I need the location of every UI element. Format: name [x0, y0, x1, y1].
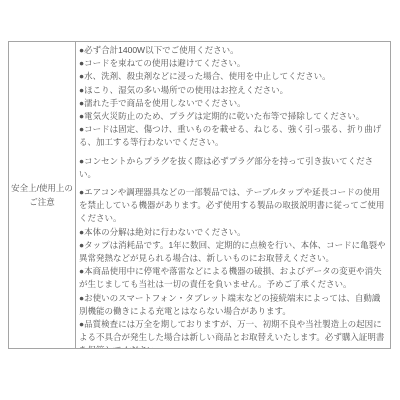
- note-item: ●コードは固定、傷つけ、重いものを載せる、ねじる、強く引っ張る、折り曲げる、加工…: [79, 123, 387, 149]
- note-item: ●ほこり、湿気の多い場所での使用はお控えください。: [79, 84, 387, 97]
- note-item: ●電気火災防止のため、プラグは定期的に乾いた布等で掃除してください。: [79, 110, 387, 123]
- note-item: ●必ず合計1400W以下でご使用ください。: [79, 44, 387, 57]
- note-item: ●コードを束ねての使用は避けてください。: [79, 57, 387, 70]
- safety-notice-table: 安全上/使用上のご注意 ●必ず合計1400W以下でご使用ください。 ●コードを束…: [8, 41, 391, 349]
- page: { "table": { "border_color": "#a5a5a5", …: [0, 0, 400, 400]
- note-item: ●本体の分解は絶対に行わないでください。: [79, 226, 387, 239]
- notice-label: 安全上/使用上のご注意: [11, 181, 73, 209]
- note-item: ●品質検査には万全を期しておりますが、万一、初期不良や当社製造上の起因による不具…: [79, 318, 387, 348]
- notice-label-cell: 安全上/使用上のご注意: [9, 42, 76, 348]
- note-item: ●エアコンや調理器具などの一部製品では、テーブルタップや延長コードの使用を禁止し…: [79, 186, 387, 226]
- note-item: ●コンセントからプラグを抜く際は必ずプラグ部分を持って引き抜いてください。: [79, 155, 387, 181]
- note-item: ●本商品使用中に停電や落雷などによる機器の破損、およびデータの変更や消失が生じま…: [79, 265, 387, 291]
- note-item: ●タップは消耗品です。1年に数回、定期的に点検を行い、本体、コードに亀裂や異常発…: [79, 239, 387, 265]
- notice-content-cell: ●必ず合計1400W以下でご使用ください。 ●コードを束ねての使用は避けてくださ…: [76, 42, 390, 348]
- note-item: ●お使いのスマートフォン・タブレット端末などの接続端末によっては、自動識別機能の…: [79, 292, 387, 318]
- note-item: ●濡れた手で商品を使用しないでください。: [79, 97, 387, 110]
- note-item: ●水、洗剤、殺虫剤などに浸った場合、使用を中止してください。: [79, 70, 387, 83]
